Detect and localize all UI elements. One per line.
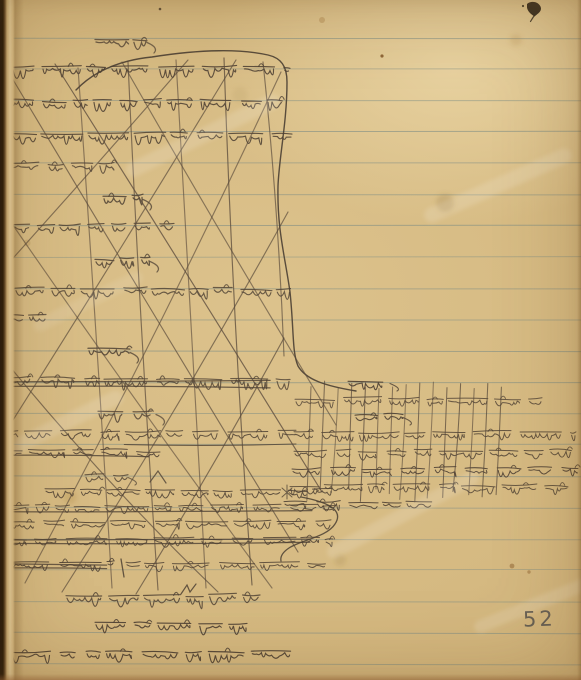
dialogue-line: শিক্ষার সামান্য — আমি ভুলে গেছি ... <box>45 487 332 498</box>
speaker-label: আচার্য্য <box>95 37 155 53</box>
ink-blot <box>522 2 541 22</box>
dialogue-line: এমনি হয়েছে আমি ঠিক তাঁর চেহারাখানা দেখি <box>292 465 580 478</box>
manuscript-page: আচার্য্যআমি বলে দিয়েছি আমাদের প্রত্যেকে… <box>0 0 581 680</box>
speaker-label: আচার্য্য <box>98 409 164 425</box>
dialogue-line: আচার্য্যদেবকে ও ছাড়তেই হবে — একে তাঁর অ… <box>8 648 291 663</box>
deletion-marks <box>6 51 501 594</box>
stage-direction: উপাধ্যায় ও উপাচার্য্যের প্রবেশ। <box>66 592 260 609</box>
speaker-label: আচার্য্য <box>355 413 411 425</box>
bottom-stage-block: উপাধ্যায় ও উপাচার্য্যের প্রবেশ।উপাচার্য… <box>8 592 291 663</box>
dialogue-line: এই সব ছবিগুলো দেখতে দেখতে আমার এখন <box>294 447 572 460</box>
dialogue-line: সে তো অনেকগুলিই এই রকম ও সেগুলি বিষম? <box>5 374 290 390</box>
dialogue-line: তাঁর মূর্তি কোথায় পাব? <box>14 221 174 236</box>
manuscript-art: আচার্য্যআমি বলে দিয়েছি আমাদের প্রত্যেকে… <box>0 0 581 680</box>
dialogue-line: আমি বলে দিয়েছি আমাদের প্রত্যেকে <box>5 63 290 78</box>
dialogue-line: সাজিয়ে তুলতে হবে। <box>2 160 117 173</box>
page-number: 52 <box>523 606 557 631</box>
speaker-label: পঞ্চক <box>88 346 138 363</box>
speaker-label: পঞ্চক <box>85 471 166 485</box>
dialogue-line: চোখে হয়েছে — সকলই যে দেখবার কী র <box>3 535 335 548</box>
speaker-label: পঞ্চক <box>103 193 151 210</box>
dialogue-line: করি না — কিন্তু সকলের নিন্দা দেখা যায়। <box>3 518 331 529</box>
right-dialogue-column: পঞ্চকতুমি তো তাঁকে দেখেছ আচার্য্যদেব।আচা… <box>284 381 580 511</box>
